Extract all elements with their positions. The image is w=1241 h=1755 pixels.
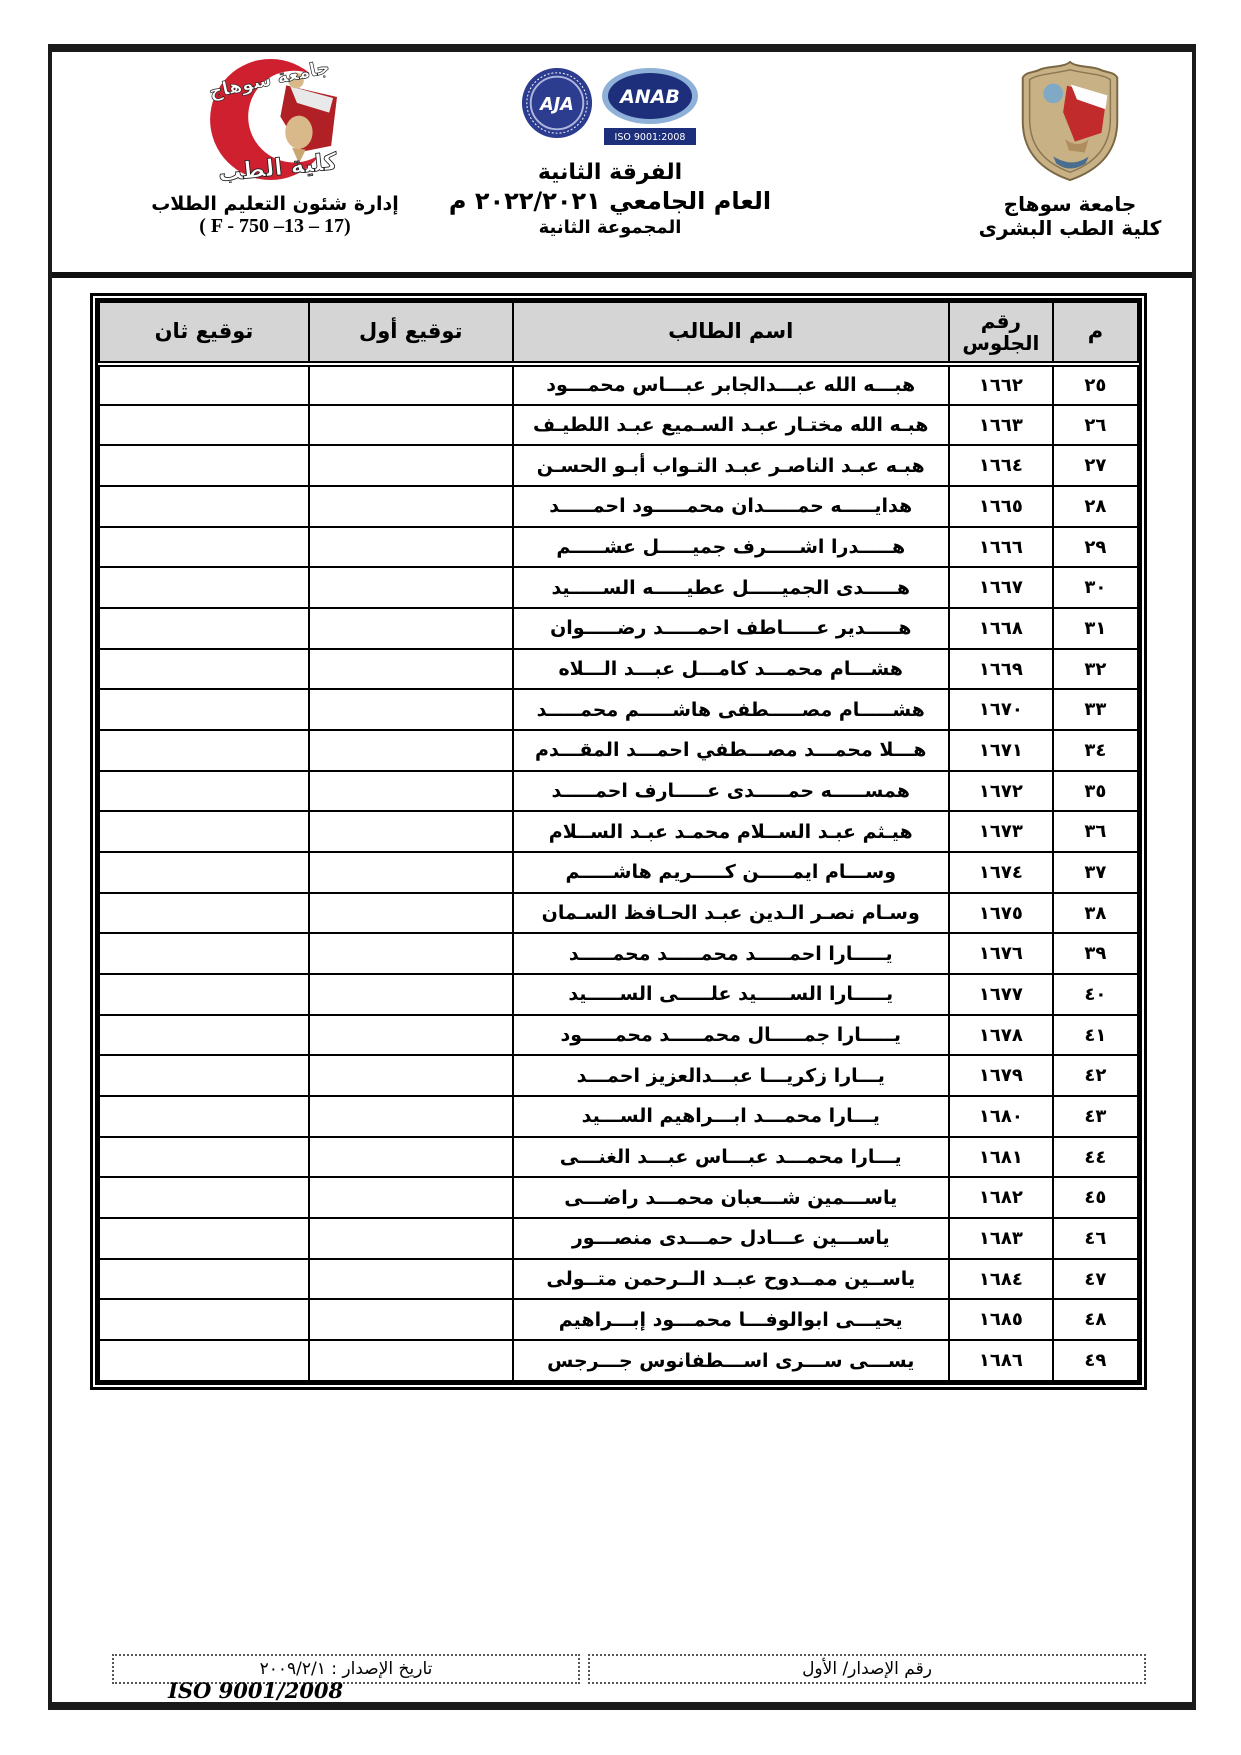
student-name: هشـــام محمـــد كامـــل عبـــد الـــلاه <box>513 649 949 690</box>
first-signature-cell <box>309 649 513 690</box>
student-name: هـــــدير عـــــاطف احمـــــد رضـــــوان <box>513 608 949 649</box>
student-name: يـــــارا الســـــيد علـــــى الســـــيد <box>513 974 949 1015</box>
second-signature-cell <box>99 567 309 608</box>
university-name: جامعة سوهاج <box>955 192 1185 216</box>
first-signature-cell <box>309 1218 513 1259</box>
row-number: ٤٣ <box>1053 1096 1138 1137</box>
anab-logo-icon: ANAB ISO 9001:2008 <box>600 66 700 154</box>
students-table: م رقم الجلوس اسم الطالب توقيع أول توقيع … <box>98 301 1139 1382</box>
svg-text:AJA: AJA <box>538 95 574 115</box>
row-number: ٣١ <box>1053 608 1138 649</box>
seat-number: ١٦٨٣ <box>949 1218 1053 1259</box>
seat-number: ١٦٧٥ <box>949 893 1053 934</box>
svg-text:ANAB: ANAB <box>618 86 680 108</box>
row-number: ٣٢ <box>1053 649 1138 690</box>
student-row: ٤٩١٦٨٦يســـى ســـرى اســـطفانوس جـــرجس <box>99 1340 1138 1381</box>
second-signature-cell <box>99 771 309 812</box>
department-name: إدارة شئون التعليم الطلاب <box>95 193 455 215</box>
seat-number: ١٦٨٤ <box>949 1259 1053 1300</box>
seat-number: ١٦٦٥ <box>949 486 1053 527</box>
second-signature-cell <box>99 1218 309 1259</box>
accreditation-logos: ANAB ISO 9001:2008 AJA <box>420 66 800 158</box>
first-signature-cell <box>309 893 513 934</box>
second-signature-cell <box>99 608 309 649</box>
svg-text:ISO 9001:2008: ISO 9001:2008 <box>615 132 686 143</box>
first-signature-cell <box>309 567 513 608</box>
first-signature-cell <box>309 1137 513 1178</box>
student-row: ٤٧١٦٨٤ياســين ممــدوح عبــد الــرحمن متـ… <box>99 1259 1138 1300</box>
header-title-block: ANAB ISO 9001:2008 AJA الفرقة الثانية ال… <box>420 66 800 238</box>
second-signature-cell <box>99 811 309 852</box>
student-name: ياســين ممــدوح عبــد الــرحمن متــولى <box>513 1259 949 1300</box>
header-department-block: جامعة سوهاج كلية الطب إدارة شئون التعليم… <box>95 56 455 238</box>
student-name: ياســـين عـــادل حمـــدى منصـــور <box>513 1218 949 1259</box>
row-number: ٣٩ <box>1053 933 1138 974</box>
student-row: ٢٥١٦٦٢هبـــه الله عبـــدالجابر عبـــاس م… <box>99 364 1138 405</box>
col-header-seat-number: رقم الجلوس <box>949 302 1053 364</box>
seat-number: ١٦٧٤ <box>949 852 1053 893</box>
student-name: هبـه عبـد الناصـر عبـد التـواب أبـو الحس… <box>513 445 949 486</box>
first-signature-cell <box>309 527 513 568</box>
second-signature-cell <box>99 893 309 934</box>
second-signature-cell <box>99 1055 309 1096</box>
student-name: ياســـمين شـــعبان محمـــد راضـــى <box>513 1177 949 1218</box>
student-row: ٤١١٦٧٨يـــــارا جمـــــال محمـــــد محمـ… <box>99 1015 1138 1056</box>
seat-number: ١٦٧٧ <box>949 974 1053 1015</box>
seat-number: ١٦٦٤ <box>949 445 1053 486</box>
seat-number: ١٦٦٨ <box>949 608 1053 649</box>
first-signature-cell <box>309 445 513 486</box>
students-table-frame: م رقم الجلوس اسم الطالب توقيع أول توقيع … <box>90 293 1147 1390</box>
first-signature-cell <box>309 1096 513 1137</box>
student-name: هـــلا محمـــد مصـــطفي احمـــد المقـــد… <box>513 730 949 771</box>
row-number: ٣٣ <box>1053 689 1138 730</box>
col-header-index: م <box>1053 302 1138 364</box>
row-number: ٤٩ <box>1053 1340 1138 1381</box>
first-signature-cell <box>309 405 513 446</box>
form-code: ( F - 750 –13 – 17) <box>95 215 455 238</box>
first-signature-cell <box>309 1259 513 1300</box>
header-separator-line <box>52 272 1192 278</box>
student-row: ٤٠١٦٧٧يـــــارا الســـــيد علـــــى السـ… <box>99 974 1138 1015</box>
seat-number: ١٦٧٨ <box>949 1015 1053 1056</box>
second-signature-cell <box>99 933 309 974</box>
student-name: هـــــدى الجميـــــل عطيـــــه الســـــي… <box>513 567 949 608</box>
faculty-name: كلية الطب البشرى <box>955 216 1185 240</box>
student-name: وســـام ايمـــــن كـــــريم هاشـــــم <box>513 852 949 893</box>
student-name: يحيـــى ابوالوفـــا محمـــود إبـــراهيم <box>513 1299 949 1340</box>
student-name: يـــــارا احمـــــد محمـــــد محمـــــد <box>513 933 949 974</box>
second-signature-cell <box>99 1015 309 1056</box>
row-number: ٤٢ <box>1053 1055 1138 1096</box>
student-row: ٤٣١٦٨٠يـــارا محمـــد ابـــراهيم الســـي… <box>99 1096 1138 1137</box>
student-name: يســـى ســـرى اســـطفانوس جـــرجس <box>513 1340 949 1381</box>
first-signature-cell <box>309 771 513 812</box>
seat-number: ١٦٧١ <box>949 730 1053 771</box>
student-name: همســـــه حمـــــدى عـــــارف احمـــــد <box>513 771 949 812</box>
second-signature-cell <box>99 1259 309 1300</box>
seat-number: ١٦٧٦ <box>949 933 1053 974</box>
student-row: ٣٨١٦٧٥وسـام نصـر الـدين عبـد الحـافظ الس… <box>99 893 1138 934</box>
first-signature-cell <box>309 689 513 730</box>
faculty-crescent-logo-icon: جامعة سوهاج كلية الطب <box>173 56 378 183</box>
seat-number: ١٦٦٩ <box>949 649 1053 690</box>
table-header-row: م رقم الجلوس اسم الطالب توقيع أول توقيع … <box>99 302 1138 364</box>
group-title: المجموعة الثانية <box>420 217 800 238</box>
student-name: هبـه الله مختـار عبـد السـميع عبـد اللطي… <box>513 405 949 446</box>
first-signature-cell <box>309 974 513 1015</box>
second-signature-cell <box>99 1340 309 1381</box>
student-row: ٤٤١٦٨١يـــارا محمـــد عبـــاس عبـــد الغ… <box>99 1137 1138 1178</box>
second-signature-cell <box>99 364 309 405</box>
first-signature-cell <box>309 1177 513 1218</box>
second-signature-cell <box>99 445 309 486</box>
first-signature-cell <box>309 1055 513 1096</box>
second-signature-cell <box>99 1177 309 1218</box>
header-university-block: جامعة سوهاج كلية الطب البشرى <box>955 58 1185 240</box>
student-row: ٤٦١٦٨٣ياســـين عـــادل حمـــدى منصـــور <box>99 1218 1138 1259</box>
first-signature-cell <box>309 811 513 852</box>
col-header-first-signature: توقيع أول <box>309 302 513 364</box>
row-number: ٣٦ <box>1053 811 1138 852</box>
student-name: يـــارا زكريـــا عبـــدالعزيز احمـــد <box>513 1055 949 1096</box>
second-signature-cell <box>99 730 309 771</box>
second-signature-cell <box>99 405 309 446</box>
row-number: ٤٤ <box>1053 1137 1138 1178</box>
row-number: ٢٩ <box>1053 527 1138 568</box>
row-number: ٣٨ <box>1053 893 1138 934</box>
seat-number: ١٦٨٥ <box>949 1299 1053 1340</box>
student-row: ٣٦١٦٧٣هيـثم عبـد الســلام محمـد عبـد الس… <box>99 811 1138 852</box>
second-signature-cell <box>99 974 309 1015</box>
first-signature-cell <box>309 852 513 893</box>
student-row: ٤٥١٦٨٢ياســـمين شـــعبان محمـــد راضـــى <box>99 1177 1138 1218</box>
academic-year-title: العام الجامعي ٢٠٢٢/٢٠٢١ م <box>420 187 800 215</box>
second-signature-cell <box>99 1299 309 1340</box>
student-row: ٣٥١٦٧٢همســـــه حمـــــدى عـــــارف احمـ… <box>99 771 1138 812</box>
iso-standard-label: ISO 9001/2008 <box>168 1678 343 1703</box>
student-row: ٢٩١٦٦٦هـــــدرا اشـــــرف جميـــــل عشــ… <box>99 527 1138 568</box>
row-number: ٢٥ <box>1053 364 1138 405</box>
student-name: هبـــه الله عبـــدالجابر عبـــاس محمـــو… <box>513 364 949 405</box>
row-number: ٢٨ <box>1053 486 1138 527</box>
student-row: ٣٠١٦٦٧هـــــدى الجميـــــل عطيـــــه الس… <box>99 567 1138 608</box>
row-number: ٢٦ <box>1053 405 1138 446</box>
sohag-university-shield-icon <box>1014 58 1126 184</box>
student-row: ٣١١٦٦٨هـــــدير عـــــاطف احمـــــد رضــ… <box>99 608 1138 649</box>
student-row: ٣٧١٦٧٤وســـام ايمـــــن كـــــريم هاشـــ… <box>99 852 1138 893</box>
issue-number-box: رقم الإصدار/ الأول <box>588 1654 1146 1684</box>
first-signature-cell <box>309 730 513 771</box>
student-row: ٢٦١٦٦٣هبـه الله مختـار عبـد السـميع عبـد… <box>99 405 1138 446</box>
row-number: ٤٦ <box>1053 1218 1138 1259</box>
seat-number: ١٦٧٢ <box>949 771 1053 812</box>
first-signature-cell <box>309 364 513 405</box>
aja-logo-icon: AJA <box>520 66 594 140</box>
seat-number: ١٦٦٣ <box>949 405 1053 446</box>
second-signature-cell <box>99 689 309 730</box>
seat-number: ١٦٦٦ <box>949 527 1053 568</box>
row-number: ٣٤ <box>1053 730 1138 771</box>
student-name: يـــارا محمـــد ابـــراهيم الســـيد <box>513 1096 949 1137</box>
first-signature-cell <box>309 1015 513 1056</box>
seat-number: ١٦٨٠ <box>949 1096 1053 1137</box>
seat-number: ١٦٧٠ <box>949 689 1053 730</box>
row-number: ٤٠ <box>1053 974 1138 1015</box>
seat-number: ١٦٨٦ <box>949 1340 1053 1381</box>
row-number: ٤٥ <box>1053 1177 1138 1218</box>
row-number: ٣٧ <box>1053 852 1138 893</box>
first-signature-cell <box>309 608 513 649</box>
student-name: هـــــدرا اشـــــرف جميـــــل عشـــــم <box>513 527 949 568</box>
student-row: ٣٩١٦٧٦يـــــارا احمـــــد محمـــــد محمـ… <box>99 933 1138 974</box>
student-row: ٣٤١٦٧١هـــلا محمـــد مصـــطفي احمـــد ال… <box>99 730 1138 771</box>
seat-number: ١٦٨٢ <box>949 1177 1053 1218</box>
student-row: ٤٨١٦٨٥يحيـــى ابوالوفـــا محمـــود إبـــ… <box>99 1299 1138 1340</box>
student-row: ٤٢١٦٧٩يـــارا زكريـــا عبـــدالعزيز احمـ… <box>99 1055 1138 1096</box>
seat-number: ١٦٨١ <box>949 1137 1053 1178</box>
row-number: ٤١ <box>1053 1015 1138 1056</box>
year-title: الفرقة الثانية <box>420 160 800 185</box>
student-name: هدايـــــه حمـــــدان محمـــــود احمــــ… <box>513 486 949 527</box>
row-number: ٣٥ <box>1053 771 1138 812</box>
document-page: جامعة سوهاج كلية الطب البشرى ANAB ISO 90… <box>0 0 1241 1755</box>
seat-number: ١٦٦٢ <box>949 364 1053 405</box>
first-signature-cell <box>309 933 513 974</box>
student-row: ٣٢١٦٦٩هشـــام محمـــد كامـــل عبـــد الـ… <box>99 649 1138 690</box>
student-name: يـــــارا جمـــــال محمـــــد محمـــــود <box>513 1015 949 1056</box>
student-row: ٣٣١٦٧٠هشـــــام مصـــــطفى هاشـــــم محم… <box>99 689 1138 730</box>
col-header-student-name: اسم الطالب <box>513 302 949 364</box>
row-number: ٢٧ <box>1053 445 1138 486</box>
first-signature-cell <box>309 486 513 527</box>
student-row: ٢٨١٦٦٥هدايـــــه حمـــــدان محمـــــود ا… <box>99 486 1138 527</box>
second-signature-cell <box>99 1137 309 1178</box>
student-name: وسـام نصـر الـدين عبـد الحـافظ السـمان <box>513 893 949 934</box>
student-row: ٢٧١٦٦٤هبـه عبـد الناصـر عبـد التـواب أبـ… <box>99 445 1138 486</box>
student-name: هيـثم عبـد الســلام محمـد عبـد الســلام <box>513 811 949 852</box>
col-header-second-signature: توقيع ثان <box>99 302 309 364</box>
first-signature-cell <box>309 1340 513 1381</box>
seat-number: ١٦٧٣ <box>949 811 1053 852</box>
student-name: هشـــــام مصـــــطفى هاشـــــم محمـــــد <box>513 689 949 730</box>
student-name: يـــارا محمـــد عبـــاس عبـــد الغنـــى <box>513 1137 949 1178</box>
row-number: ٤٨ <box>1053 1299 1138 1340</box>
first-signature-cell <box>309 1299 513 1340</box>
row-number: ٤٧ <box>1053 1259 1138 1300</box>
seat-number: ١٦٧٩ <box>949 1055 1053 1096</box>
row-number: ٣٠ <box>1053 567 1138 608</box>
second-signature-cell <box>99 649 309 690</box>
second-signature-cell <box>99 1096 309 1137</box>
seat-number: ١٦٦٧ <box>949 567 1053 608</box>
second-signature-cell <box>99 852 309 893</box>
second-signature-cell <box>99 527 309 568</box>
second-signature-cell <box>99 486 309 527</box>
